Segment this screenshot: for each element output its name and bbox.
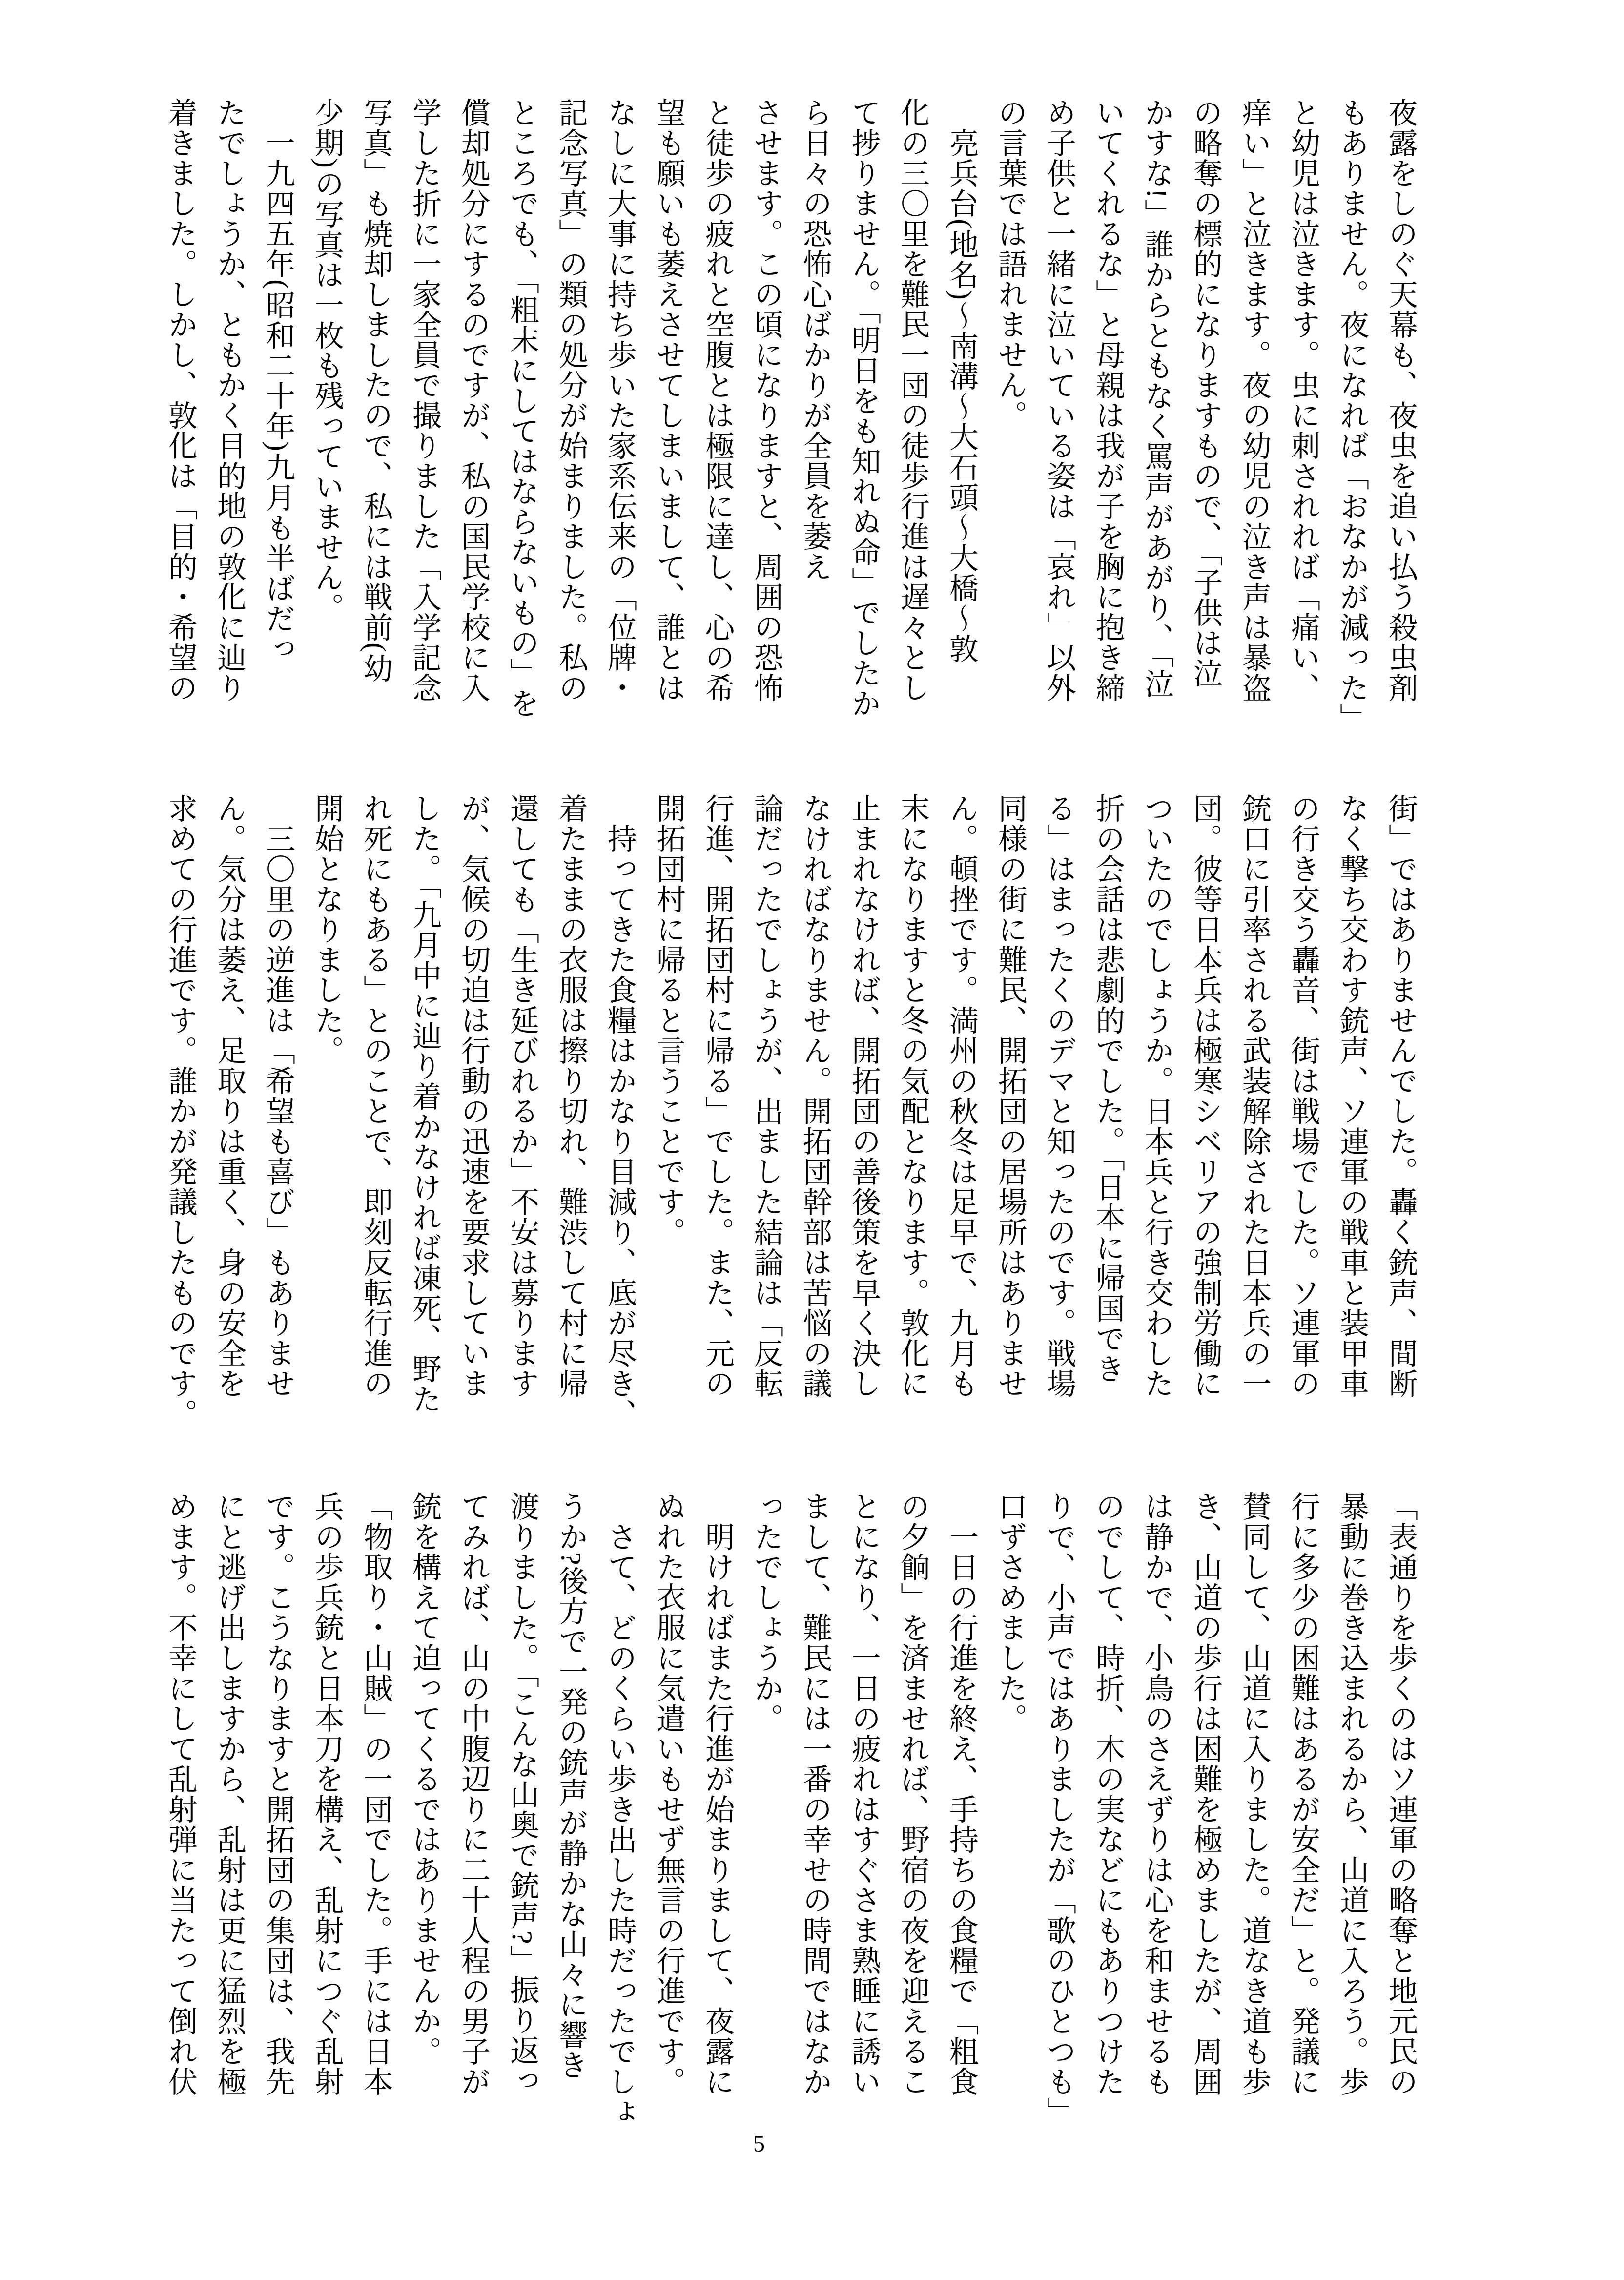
text-column: は静かで、小鳥のさえずりは心を和ませるも — [1132, 1492, 1181, 2099]
text-column: いてくれるな」と母親は我が子を胸に抱き締 — [1084, 98, 1132, 762]
text-column: ん。気分は萎え、足取りは重く、身の安全を — [205, 793, 254, 1421]
text-column: が、気候の切迫は行動の迅速を要求していま — [449, 793, 498, 1421]
text-column: まして、難民には一番の幸せの時間ではなか — [791, 1492, 840, 2099]
text-column: 同様の街に難民、開拓団の居場所はありませ — [986, 793, 1035, 1421]
text-column: れ死にもある」とのことで、即刻反転行進の — [351, 793, 400, 1421]
text-column: 記念写真」の類の処分が始まりました。私の — [547, 98, 596, 762]
text-column: 還しても「生き延びれるか」不安は募ります — [498, 793, 547, 1421]
text-column: 望も願いも萎えさせてしまいまして、誰とは — [644, 98, 693, 762]
text-column: の略奪の標的になりますもので、「子供は泣 — [1181, 98, 1230, 762]
text-column: した。「九月中に辿り着かなければ凍死、野た — [400, 793, 449, 1421]
text-column: にと逃げ出しますから、乱射は更に猛烈を極 — [205, 1492, 254, 2099]
text-column: て捗りません。「明日をも知れぬ命」でしたか — [840, 98, 888, 762]
text-column: 着きました。しかし、敦化は「目的・希望の — [156, 98, 205, 762]
text-block-bottom: 「表通りを歩くのはソ連軍の略奪と地元民の暴動に巻き込まれるから、山道に入ろう。歩… — [156, 1492, 1425, 2099]
text-column: ついたのでしょうか。日本兵と行き交わした — [1132, 793, 1181, 1421]
text-column: 償却処分にするのですが、私の国民学校に入 — [449, 98, 498, 762]
text-column: 化の三〇里を難民一団の徒歩行進は遅々とし — [888, 98, 937, 762]
text-column: 「表通りを歩くのはソ連軍の略奪と地元民の — [1377, 1492, 1425, 2099]
text-column: なく撃ち交わす銃声、ソ連軍の戦車と装甲車 — [1328, 793, 1377, 1421]
text-column: 亮兵台(地名)〜南溝〜大石頭〜大橋〜敦 — [937, 98, 986, 762]
text-column: 一九四五年(昭和二十年)九月も半ばだっ — [254, 98, 303, 762]
text-column: たでしょうか、ともかく目的地の敦化に辿り — [205, 98, 254, 762]
text-column: 開始となりました。 — [303, 793, 351, 1421]
text-column: 夜露をしのぐ天幕も、夜虫を追い払う殺虫剤 — [1377, 98, 1425, 762]
text-column: き、山道の歩行は困難を極めましたが、周囲 — [1181, 1492, 1230, 2099]
text-column: 兵の歩兵銃と日本刀を構え、乱射につぐ乱射 — [303, 1492, 351, 2099]
text-column: の行き交う轟音、街は戦場でした。ソ連軍の — [1279, 793, 1328, 1421]
text-column: なしに大事に持ち歩いた家系伝来の「位牌・ — [596, 98, 644, 762]
text-column: めます。不幸にして乱射弾に当たって倒れ伏 — [156, 1492, 205, 2099]
text-column: 痒い」と泣きます。夜の幼児の泣き声は暴盗 — [1230, 98, 1279, 762]
text-column: 行進、開拓団村に帰る」でした。また、元の — [693, 793, 742, 1421]
text-column: の言葉では語れません。 — [986, 98, 1035, 762]
text-column: のでして、時折、木の実などにもありつけた — [1084, 1492, 1132, 2099]
text-column: 学した折に一家全員で撮りました「入学記念 — [400, 98, 449, 762]
text-block-top: 夜露をしのぐ天幕も、夜虫を追い払う殺虫剤もありません。夜になれば「おなかが減った… — [156, 98, 1425, 762]
text-column: 街」ではありませんでした。轟く銃声、間断 — [1377, 793, 1425, 1421]
text-column: 持ってきた食糧はかなり目減り、底が尽き、 — [596, 793, 644, 1421]
text-column: させます。この頃になりますと、周囲の恐怖 — [742, 98, 791, 762]
text-column: の夕餉」を済ませれば、野宿の夜を迎えるこ — [888, 1492, 937, 2099]
text-column: かすな!」誰からともなく罵声があがり、「泣 — [1132, 98, 1181, 762]
text-column: 着たままの衣服は擦り切れ、難渋して村に帰 — [547, 793, 596, 1421]
text-column: 少期)の写真は一枚も残っていません。 — [303, 98, 351, 762]
text-column: うか?後方で一発の銃声が静かな山々に響き — [547, 1492, 596, 2099]
text-column: 行に多少の困難はあるが安全だ」と。発議に — [1279, 1492, 1328, 2099]
text-column: りで、小声ではありましたが「歌のひとつも」 — [1035, 1492, 1084, 2099]
text-column: 折の会話は悲劇的でした。「日本に帰国でき — [1084, 793, 1132, 1421]
text-column: 「物取り・山賊」の一団でした。手には日本 — [351, 1492, 400, 2099]
text-column: ん。頓挫です。満州の秋冬は足早で、九月も — [937, 793, 986, 1421]
text-column: 開拓団村に帰ると言うことです。 — [644, 793, 693, 1421]
book-page: 夜露をしのぐ天幕も、夜虫を追い払う殺虫剤もありません。夜になれば「おなかが減った… — [0, 0, 1624, 2280]
text-column: 止まれなければ、開拓団の善後策を早く決し — [840, 793, 888, 1421]
text-column: 口ずさめました。 — [986, 1492, 1035, 2099]
text-column: ぬれた衣服に気遣いもせず無言の行進です。 — [644, 1492, 693, 2099]
text-column: 末になりますと冬の気配となります。敦化に — [888, 793, 937, 1421]
text-column: 論だったでしょうが、出ました結論は「反転 — [742, 793, 791, 1421]
text-column: ったでしょうか。 — [742, 1492, 791, 2099]
text-column: 暴動に巻き込まれるから、山道に入ろう。歩 — [1328, 1492, 1377, 2099]
text-column: 銃口に引率される武装解除された日本兵の一 — [1230, 793, 1279, 1421]
text-column: 渡りました。「こんな山奥で銃声?」振り返っ — [498, 1492, 547, 2099]
text-block-middle: 街」ではありませんでした。轟く銃声、間断なく撃ち交わす銃声、ソ連軍の戦車と装甲車… — [156, 793, 1425, 1421]
text-column: もありません。夜になれば「おなかが減った」 — [1328, 98, 1377, 762]
text-column: てみれば、山の中腹辺りに二十人程の男子が — [449, 1492, 498, 2099]
text-column: 三〇里の逆進は「希望も喜び」もありませ — [254, 793, 303, 1421]
text-column: ら日々の恐怖心ばかりが全員を萎え — [791, 98, 840, 762]
text-column: る」はまったくのデマと知ったのです。戦場 — [1035, 793, 1084, 1421]
text-column: 団。彼等日本兵は極寒シベリアの強制労働に — [1181, 793, 1230, 1421]
text-column: 写真」も焼却しましたので、私には戦前(幼 — [351, 98, 400, 762]
text-column: と徒歩の疲れと空腹とは極限に達し、心の希 — [693, 98, 742, 762]
text-column: とになり、一日の疲れはすぐさま熟睡に誘い — [840, 1492, 888, 2099]
text-column: と幼児は泣きます。虫に刺されれば「痛い、 — [1279, 98, 1328, 762]
text-column: 一日の行進を終え、手持ちの食糧で「粗食 — [937, 1492, 986, 2099]
text-column: 明ければまた行進が始まりまして、夜露に — [693, 1492, 742, 2099]
text-column: 銃を構えて迫ってくるではありませんか。 — [400, 1492, 449, 2099]
page-number: 5 — [753, 2133, 765, 2156]
text-column: 賛同して、山道に入りました。道なき道も歩 — [1230, 1492, 1279, 2099]
text-column: です。こうなりますと開拓団の集団は、我先 — [254, 1492, 303, 2099]
text-column: め子供と一緒に泣いている姿は「哀れ」以外 — [1035, 98, 1084, 762]
text-column: 求めての行進です。誰かが発議したものです。 — [156, 793, 205, 1421]
text-column: さて、どのくらい歩き出した時だったでしょ — [596, 1492, 644, 2099]
text-column: ところでも、「粗末にしてはならないもの」を — [498, 98, 547, 762]
text-column: なければなりません。開拓団幹部は苦悩の議 — [791, 793, 840, 1421]
